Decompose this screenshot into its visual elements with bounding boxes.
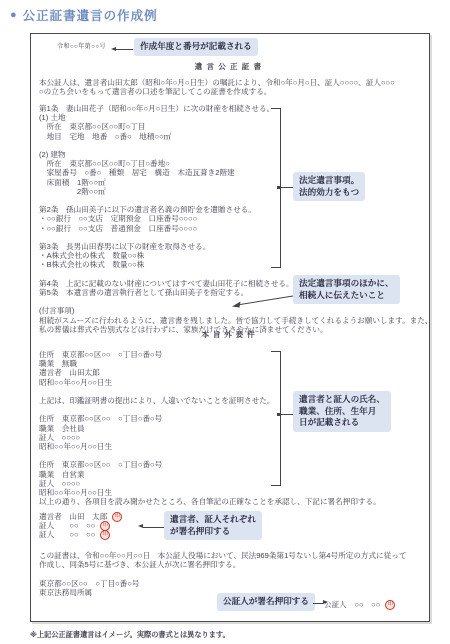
case-number: 令和○○年第○○号 <box>57 43 106 52</box>
seal-stamp-icon: 印 <box>385 600 395 610</box>
callout-signatures: 遺言者、証人それぞれ が署名押印する <box>164 511 262 540</box>
seal-stamp-icon: 印 <box>100 530 110 540</box>
page-title-text: 公正証書遺言の作成例 <box>23 6 158 24</box>
arrow-line <box>143 527 164 528</box>
persons-bracket <box>271 351 281 486</box>
connector-line <box>280 414 293 415</box>
notary-signature-row: 公証人 ○○ ○○ 印 <box>324 599 395 610</box>
persons-text: 住所 東京都○○区○○ ○丁目○番○号 職業 無職 遺言者 山田太郎 昭和○○年… <box>39 350 274 497</box>
signature-block: 遺言者 山田 太郎 印 証人 ○○ ○○ 印 証人 ○○ ○○ 印 <box>39 512 122 540</box>
bullet-icon: ● <box>10 9 18 21</box>
section2-title: 本旨外要件 <box>31 330 429 339</box>
arrow-line <box>313 603 323 604</box>
callout-notary-seal: 公証人が署名押印する <box>217 593 315 611</box>
arrow-line <box>116 49 133 50</box>
connector-line <box>280 187 293 188</box>
page: ● 公正証書遺言の作成例 令和○○年第○○号 作成年度と番号が記載される 遺言公… <box>0 0 450 644</box>
closing-text: この証書は、令和○○年○○月○○日 本公証人役場において、民法969条第1号ない… <box>39 551 406 569</box>
signature-row: 証人 ○○ ○○ 印 <box>39 530 122 539</box>
will-document: 令和○○年第○○号 作成年度と番号が記載される 遺言公正証書 本公証人は、遺言者… <box>30 33 430 622</box>
confirmation-text: 以上の通り、各項目を読み聞かせたところ、各自筆記の正確なことを承認し、下記に署名… <box>39 497 381 506</box>
seal-stamp-icon: 印 <box>112 512 122 522</box>
callout-person-details: 遺言者と証人の氏名、 職業、住所、生年月 日が記載される <box>293 391 391 432</box>
callout-case-number: 作成年度と番号が記載される <box>134 38 258 56</box>
document-title: 遺言公正証書 <box>31 62 429 71</box>
preamble: 本公証人は、遺言者山田太郎（昭和○年○月○日生）の嘱託により、令和○年○月○日、… <box>39 78 395 96</box>
signer-label: 証人 ○○ ○○ <box>39 529 95 540</box>
diagonal-arrow <box>225 289 297 311</box>
callout-additional-wishes: 法定遺言事項のほかに、 相続人に伝えたいこと <box>293 275 400 304</box>
footnote: ※上記公正証書遺言はイメージ。実際の書式とは異なります。 <box>30 630 230 640</box>
callout-legal-matters: 法定遺言事項。 法的効力をもつ <box>293 172 365 201</box>
page-title: ● 公正証書遺言の作成例 <box>10 6 158 24</box>
notary-label: 公証人 ○○ ○○ <box>324 599 380 610</box>
notary-address: 東京都○○区○○ ○丁目○番○号 東京法務局所属 <box>39 579 139 597</box>
